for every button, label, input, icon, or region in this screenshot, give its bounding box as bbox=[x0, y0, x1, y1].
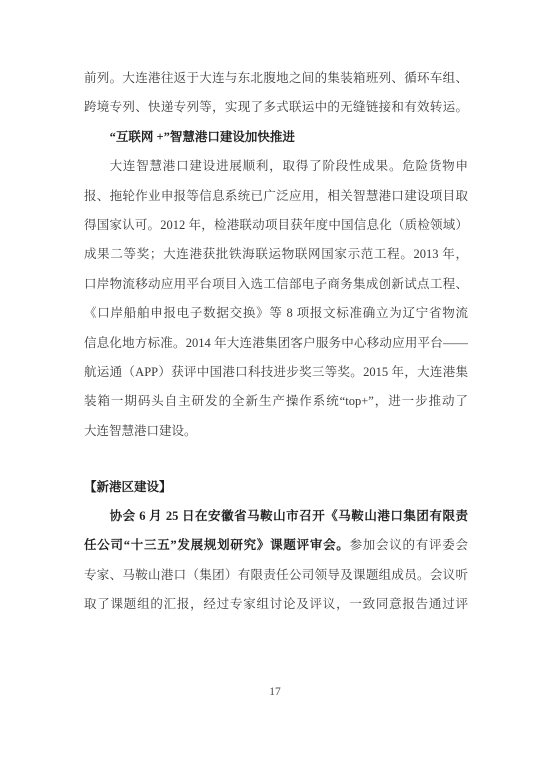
text-line: 口岸物流移动应用平台项目入选工信部电子商务集成创新试点工程、 bbox=[84, 270, 468, 299]
smart-port-section-heading: “互联网 +”智慧港口建设加快推进 bbox=[84, 123, 468, 152]
text-line: 航运通（APP）获评中国港口科技进步奖三等奖。2015 年，大连港集 bbox=[84, 358, 468, 387]
text-line: 前列。大连港往返于大连与东北腹地之间的集装箱班列、循环车组、 bbox=[84, 64, 468, 93]
text-line: 任公司“十三五”发展规划研究》课题评审会。参加会议的有评委会 bbox=[84, 531, 468, 560]
text-line: 大连智慧港口建设。 bbox=[84, 417, 468, 446]
text-line: 得国家认可。2012 年，检港联动项目获年度中国信息化（质检领域） bbox=[84, 211, 468, 240]
text-bold-segment: 任公司“十三五”发展规划研究》课题评审会。 bbox=[84, 538, 350, 552]
new-port-section-header: 【新港区建设】 bbox=[84, 473, 468, 502]
text-line: 装箱一期码头自主研发的全新生产操作系统“top+”，进一步推动了 bbox=[84, 387, 468, 416]
text-line: 成果二等奖；大连港获批铁海联运物联网国家示范工程。2013 年， bbox=[84, 240, 468, 269]
text-line: 协会 6 月 25 日在安徽省马鞍山市召开《马鞍山港口集团有限责 bbox=[84, 502, 468, 531]
text-line: 专家、马鞍山港口（集团）有限责任公司领导及课题组成员。会议听 bbox=[84, 561, 468, 590]
text-line: 信息化地方标准。2014 年大连港集团客户服务中心移动应用平台—— bbox=[84, 329, 468, 358]
text-line: 跨境专列、快递专列等，实现了多式联运中的无缝链接和有效转运。 bbox=[84, 93, 468, 122]
text-line: 取了课题组的汇报，经过专家组讨论及评议，一致同意报告通过评审。 bbox=[84, 590, 468, 619]
text-line: 报、拖轮作业申报等信息系统已广泛应用，相关智慧港口建设项目取 bbox=[84, 182, 468, 211]
document-page: 前列。大连港往返于大连与东北腹地之间的集装箱班列、循环车组、 跨境专列、快递专列… bbox=[0, 0, 550, 759]
text-line: 《口岸船舶申报电子数据交换》等 8 项报文标准确立为辽宁省物流 bbox=[84, 299, 468, 328]
document-body: 前列。大连港往返于大连与东北腹地之间的集装箱班列、循环车组、 跨境专列、快递专列… bbox=[84, 64, 468, 620]
paragraph-gap bbox=[84, 446, 468, 473]
page-number: 17 bbox=[0, 683, 550, 701]
text-regular-segment: 参加会议的有评委会 bbox=[350, 538, 468, 552]
text-line: 大连智慧港口建设进展顺利，取得了阶段性成果。危险货物申 bbox=[84, 152, 468, 181]
